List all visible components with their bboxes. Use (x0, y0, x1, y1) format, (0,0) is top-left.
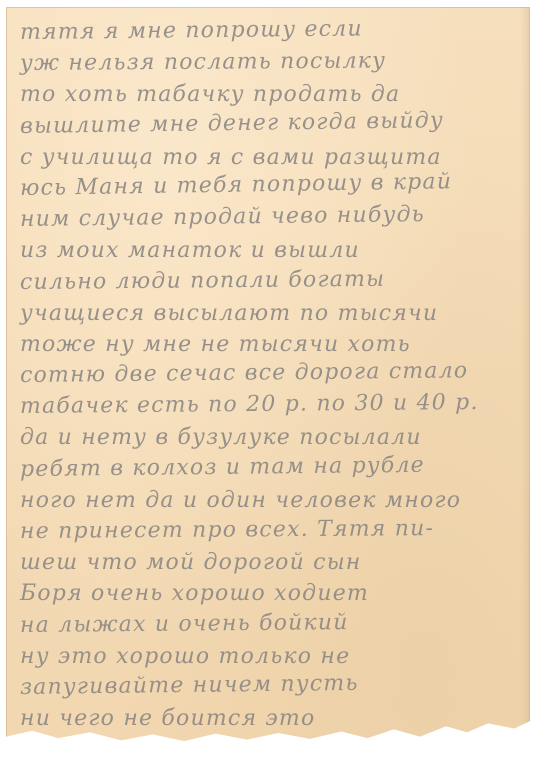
letter-line: на лыжах и очень бойкий (20, 605, 520, 641)
letter-line: сильно люди попали богаты (20, 262, 520, 298)
letter-page: тятя я мне попрошу если уж нельзя послат… (6, 7, 530, 747)
letter-line: ребят в колхоз и там на рубле (20, 448, 520, 484)
letter-text: тятя я мне попрошу если уж нельзя послат… (20, 17, 520, 734)
letter-line: Боря очень хорошо ходиет (20, 578, 520, 609)
letter-line: ни чего не боится это (20, 703, 520, 734)
letter-line: запугивайте ничем пусть (20, 666, 520, 703)
letter-line: вышлите мне денег когда выйду (20, 104, 520, 142)
letter-line: шеш что мой дорогой сын (20, 547, 520, 578)
letter-line: из моих манаток и вышли (20, 235, 520, 266)
letter-line: уж нельзя послать посылку (20, 45, 520, 80)
letter-line: тятя я мне попрошу если (20, 12, 520, 48)
letter-line: сотню две сечас все дорога стало (20, 355, 520, 391)
letter-line: не принесет про всех. Тятя пи- (20, 513, 520, 548)
letter-line: ного нет да и один человек много (20, 485, 520, 516)
letter-line: учащиеся высылают по тысячи (20, 298, 520, 329)
letter-line: табачек есть по 20 р. по 30 и 40 р. (20, 387, 520, 423)
letter-line: ним случае продай чево нибудь (20, 198, 520, 235)
